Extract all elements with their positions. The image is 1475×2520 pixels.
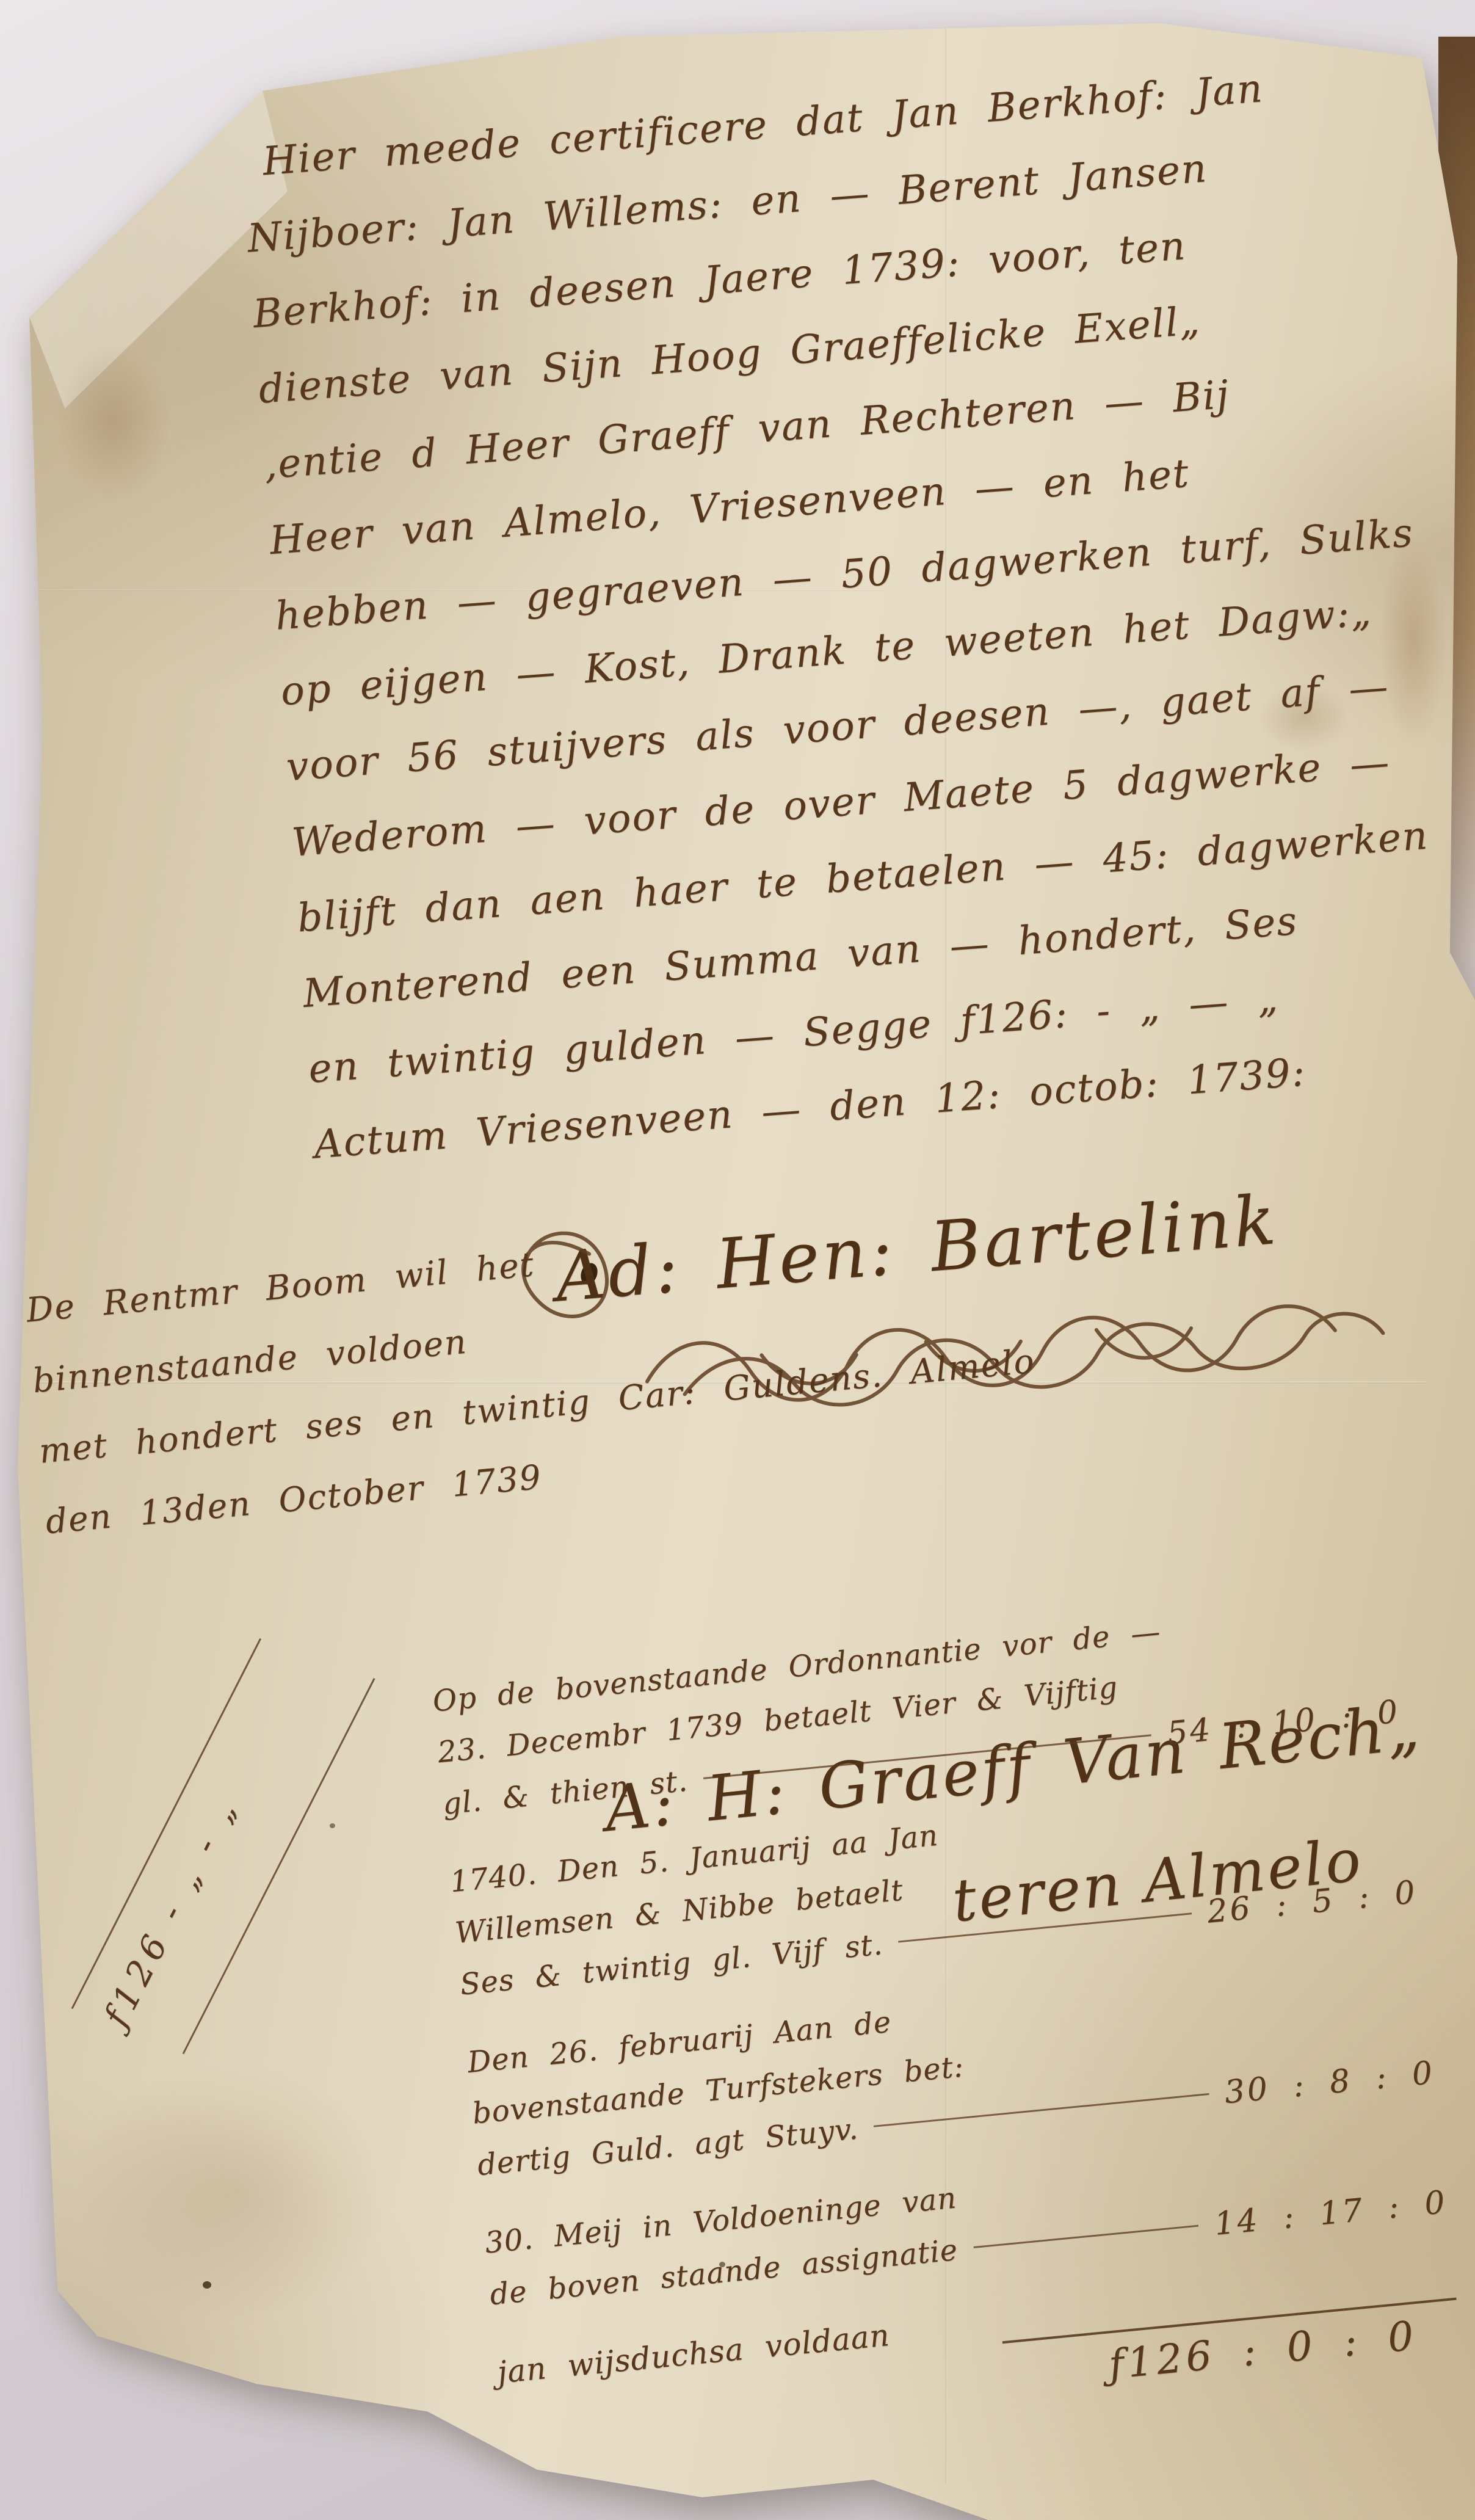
margin-note: De Rentmr Boom wil het binnenstaande vol… bbox=[23, 1185, 1045, 1558]
paper-wrap: Hier meede certificere dat Jan Berkhof: … bbox=[0, 0, 1475, 2520]
account-entries: Op de bovenstaande Ordonnantie vor de — … bbox=[430, 1584, 1462, 2449]
ink-blot bbox=[203, 2281, 211, 2289]
paper-stain bbox=[73, 2064, 391, 2320]
margin-amount-note: ƒ126 - „ - „ bbox=[96, 1790, 247, 2033]
photo-backdrop: Hier meede certificere dat Jan Berkhof: … bbox=[0, 0, 1475, 2520]
entry-dash-rule bbox=[874, 2093, 1209, 2127]
certificate-body: Hier meede certificere dat Jan Berkhof: … bbox=[239, 38, 1475, 1183]
paper-stain bbox=[55, 342, 171, 501]
entry-dash-rule bbox=[973, 2225, 1198, 2249]
ink-blot bbox=[330, 1823, 335, 1828]
manuscript-paper-sheet: Hier meede certificere dat Jan Berkhof: … bbox=[0, 0, 1475, 2520]
entry-dash-rule bbox=[898, 1912, 1191, 1942]
